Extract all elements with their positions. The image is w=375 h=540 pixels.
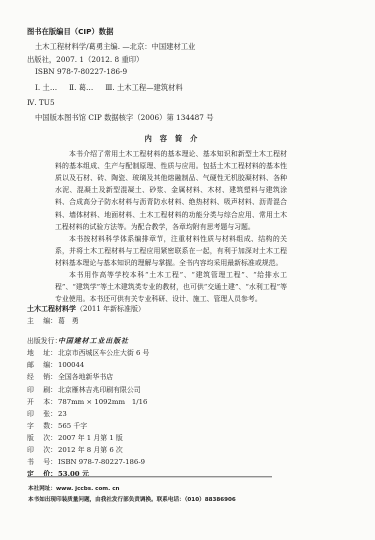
colophon: 土木工程材料学（2011 年新标准版） 主编 葛 勇 出版发行 中国建材工业出版… <box>27 303 277 480</box>
field-value: 北京市西城区车公庄大街 6 号 <box>57 347 149 359</box>
field-label: 地址 <box>27 347 57 359</box>
colophon-row-address: 地址 北京市西城区车公庄大街 6 号 <box>27 347 277 359</box>
field-label: 开本 <box>27 396 57 408</box>
summary-paragraph: 本书用作高等学校本科“土木工程”、“建筑管理工程”、“给排水工程”、“建筑学”等… <box>55 269 287 305</box>
field-label: 邮编 <box>27 359 57 371</box>
cip-number: 中国版本图书馆 CIP 数据核字（2006）第 134487 号 <box>27 112 287 124</box>
cip-class-2: Ⅱ. 葛… <box>69 82 93 94</box>
cip-record-line-1: 土木工程材料学/葛勇主编. —北京：中国建材工业 <box>27 41 287 53</box>
cip-data-block: 图书在版编目（CIP）数据 土木工程材料学/葛勇主编. —北京：中国建材工业 出… <box>27 26 287 125</box>
colophon-row-printer: 印刷 北京雁林吉兆印刷有限公司 <box>27 384 277 396</box>
field-label: 主编 <box>27 315 57 327</box>
field-label: 印刷 <box>27 384 57 396</box>
field-value: 565 千字 <box>57 420 87 432</box>
cip-class-line-2: Ⅳ. TU5 <box>27 97 287 109</box>
summary-paragraph: 本书按材料科学体系编排章节，注重材料性质与材料组成、结构的关系，并将土木工程材料… <box>55 233 287 269</box>
price-value: 53.00 元 <box>57 468 89 480</box>
summary-title: 内容简介 <box>55 133 287 145</box>
cip-heading: 图书在版编目（CIP）数据 <box>27 26 287 38</box>
editor-name: 葛 勇 <box>57 315 79 327</box>
colophon-row-format: 开本 787mm × 1092mm 1/16 <box>27 396 277 408</box>
colophon-row-edition: 版次 2007 年 1 月第 1 版 <box>27 432 277 444</box>
cip-class-3: Ⅲ. 土木工程—建筑材料 <box>105 82 182 94</box>
field-value: 全国各地新华书店 <box>57 371 113 383</box>
colophon-row-isbn: 书号 ISBN 978-7-80227-186-9 <box>27 456 277 468</box>
horizontal-rule <box>28 476 272 478</box>
field-label: 定价 <box>27 468 57 480</box>
edition-note: （2011 年新标准版） <box>76 305 145 313</box>
field-label: 出版发行 <box>27 335 57 347</box>
book-title: 土木工程材料学（2011 年新标准版） <box>27 303 277 315</box>
colophon-row-editor: 主编 葛 勇 <box>27 315 277 327</box>
field-value: 2007 年 1 月第 1 版 <box>57 432 123 444</box>
field-label: 版次 <box>27 432 57 444</box>
colophon-row-price: 定价 53.00 元 <box>27 468 277 480</box>
field-label: 书号 <box>27 456 57 468</box>
field-value: 23 <box>57 408 67 420</box>
field-value: ISBN 978-7-80227-186-9 <box>57 456 145 468</box>
colophon-row-printing: 印次 2012 年 8 月第 6 次 <box>27 444 277 456</box>
field-value: 100044 <box>57 359 84 371</box>
publisher-logo: 中国建材工业出版社 <box>57 335 129 347</box>
field-label: 印张 <box>27 408 57 420</box>
colophon-row-wordcount: 字数 565 千字 <box>27 420 277 432</box>
copyright-page: 图书在版编目（CIP）数据 土木工程材料学/葛勇主编. —北京：中国建材工业 出… <box>0 0 375 540</box>
website-line: 本社网址：www. jccbs. com. cn <box>28 484 236 495</box>
field-value: 2012 年 8 月第 6 次 <box>57 444 123 456</box>
publisher-footer: 本社网址：www. jccbs. com. cn 本书如出现印装质量问题，由我社… <box>28 484 236 505</box>
content-summary: 内容简介 本书介绍了常用土木工程材料的基本理论、基本知识和新型土木工程材料的基本… <box>55 133 287 305</box>
quality-notice: 本书如出现印装质量问题，由我社发行部负责调换。联系电话：（010）8838690… <box>28 495 236 506</box>
cip-isbn: ISBN 978-7-80227-186-9 <box>27 66 287 78</box>
colophon-row-sheets: 印张 23 <box>27 408 277 420</box>
field-value: 787mm × 1092mm 1/16 <box>57 396 147 408</box>
field-label: 字数 <box>27 420 57 432</box>
cip-record-line-2: 出版社，2007. 1（2012. 8 重印） <box>27 54 287 66</box>
field-label: 印次 <box>27 444 57 456</box>
field-value: 北京雁林吉兆印刷有限公司 <box>57 384 141 396</box>
cip-classification: Ⅰ. 土… Ⅱ. 葛… Ⅲ. 土木工程—建筑材料 <box>27 82 287 94</box>
colophon-row-distributor: 经销 全国各地新华书店 <box>27 371 277 383</box>
cip-class-1: Ⅰ. 土… <box>35 82 57 94</box>
field-label: 经销 <box>27 371 57 383</box>
colophon-row-publisher: 出版发行 中国建材工业出版社 <box>27 335 277 347</box>
summary-paragraph: 本书介绍了常用土木工程材料的基本理论、基本知识和新型土木工程材料的基本组成、生产… <box>55 148 287 233</box>
colophon-row-postcode: 邮编 100044 <box>27 359 277 371</box>
